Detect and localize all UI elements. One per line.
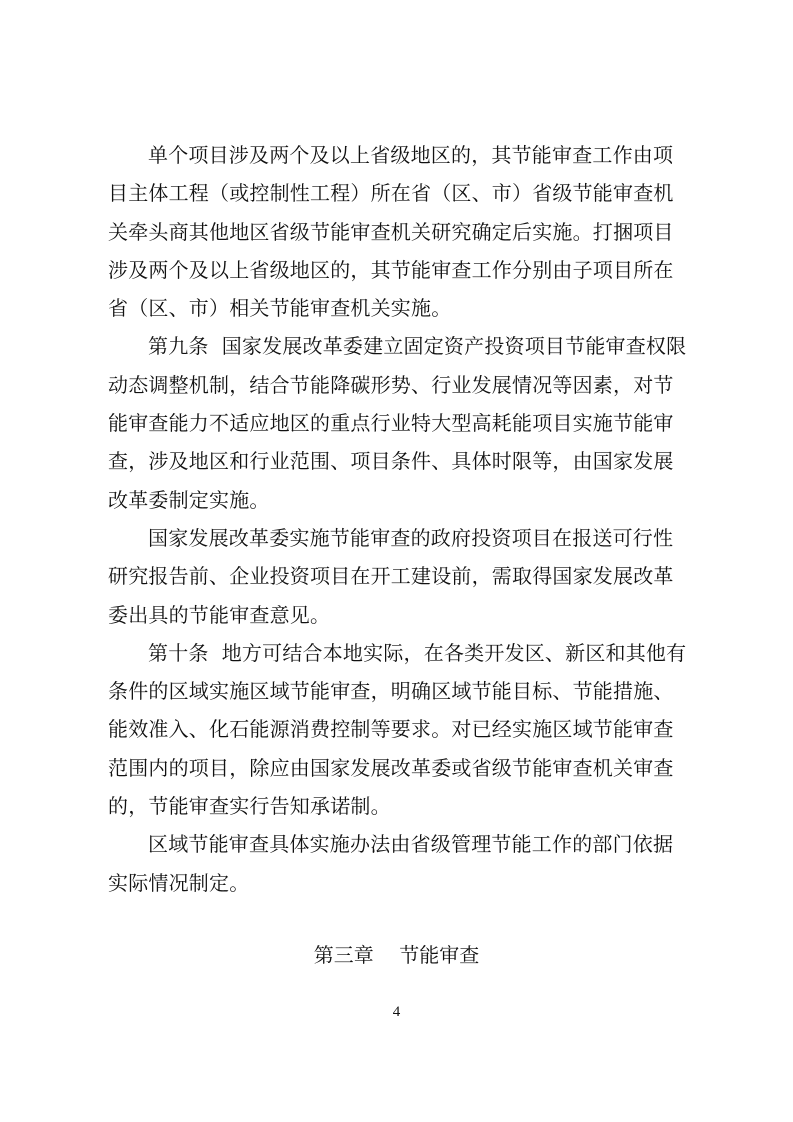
body-text: 单个项目涉及两个及以上省级地区的，其节能审查工作由项 目主体工程（或控制性工程）… <box>108 136 688 902</box>
paragraph-line: 范围内的项目，除应由国家发展改革委或省级节能审查机关审查 <box>108 749 688 787</box>
paragraph-regional-review-rules: 区域节能审查具体实施办法由省级管理节能工作的部门依据 实际情况制定。 <box>108 825 688 902</box>
paragraph-line: 第九条 国家发展改革委建立固定资产投资项目节能审查权限 <box>108 327 688 365</box>
paragraph-line: 查，涉及地区和行业范围、项目条件、具体时限等，由国家发展 <box>108 442 688 480</box>
paragraph-line: 能效准入、化石能源消费控制等要求。对已经实施区域节能审查 <box>108 710 688 748</box>
paragraph-line: 实际情况制定。 <box>108 864 688 902</box>
paragraph-line: 第十条 地方可结合本地实际，在各类开发区、新区和其他有 <box>108 634 688 672</box>
article-10: 第十条 地方可结合本地实际，在各类开发区、新区和其他有 条件的区域实施区域节能审… <box>108 634 688 825</box>
paragraph-line: 能审查能力不适应地区的重点行业特大型高耗能项目实施节能审 <box>108 404 688 442</box>
article-9: 第九条 国家发展改革委建立固定资产投资项目节能审查权限 动态调整机制，结合节能降… <box>108 327 688 518</box>
paragraph-line: 条件的区域实施区域节能审查，明确区域节能目标、节能措施、 <box>108 672 688 710</box>
paragraph-multi-province-projects: 单个项目涉及两个及以上省级地区的，其节能审查工作由项 目主体工程（或控制性工程）… <box>108 136 688 327</box>
page-number: 4 <box>0 1001 793 1023</box>
paragraph-line: 改革委制定实施。 <box>108 481 688 519</box>
paragraph-line: 关牵头商其他地区省级节能审查机关研究确定后实施。打捆项目 <box>108 213 688 251</box>
paragraph-line: 省（区、市）相关节能审查机关实施。 <box>108 289 688 327</box>
paragraph-line: 国家发展改革委实施节能审查的政府投资项目在报送可行性 <box>108 519 688 557</box>
document-page: 单个项目涉及两个及以上省级地区的，其节能审查工作由项 目主体工程（或控制性工程）… <box>0 0 793 1122</box>
paragraph-line: 涉及两个及以上省级地区的，其节能审查工作分别由子项目所在 <box>108 251 688 289</box>
paragraph-line: 的，节能审查实行告知承诺制。 <box>108 787 688 825</box>
chapter-heading: 第三章 节能审查 <box>0 936 793 974</box>
paragraph-line: 委出具的节能审查意见。 <box>108 596 688 634</box>
paragraph-ndrc-review: 国家发展改革委实施节能审查的政府投资项目在报送可行性 研究报告前、企业投资项目在… <box>108 519 688 634</box>
paragraph-line: 单个项目涉及两个及以上省级地区的，其节能审查工作由项 <box>108 136 688 174</box>
paragraph-line: 区域节能审查具体实施办法由省级管理节能工作的部门依据 <box>108 825 688 863</box>
paragraph-line: 研究报告前、企业投资项目在开工建设前，需取得国家发展改革 <box>108 557 688 595</box>
paragraph-line: 动态调整机制，结合节能降碳形势、行业发展情况等因素，对节 <box>108 366 688 404</box>
paragraph-line: 目主体工程（或控制性工程）所在省（区、市）省级节能审查机 <box>108 174 688 212</box>
